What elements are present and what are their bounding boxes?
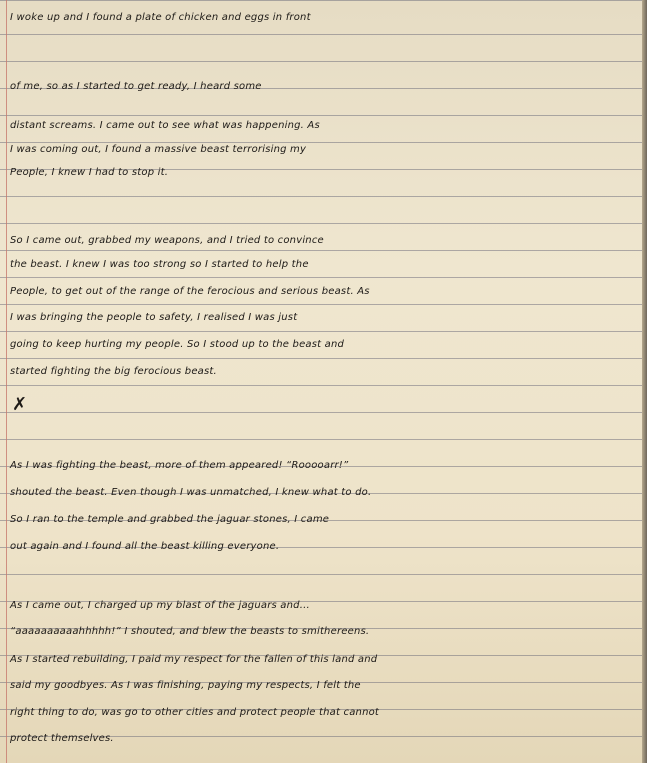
text-line: the beast. I knew I was too strong so I … (10, 253, 639, 277)
text-line: As I started rebuilding, I paid my respe… (10, 648, 639, 672)
text-line: of me, so as I started to get ready, I h… (10, 75, 639, 99)
text-line: I woke up and I found a plate of chicken… (10, 6, 639, 30)
text-line: So I ran to the temple and grabbed the j… (10, 508, 639, 532)
text-line: People, I knew I had to stop it. (10, 161, 639, 185)
page-edge (642, 0, 647, 763)
margin-line (6, 0, 7, 763)
text-line: distant screams. I came out to see what … (10, 114, 639, 138)
text-line: I was coming out, I found a massive beas… (10, 138, 639, 162)
tick-mark: ✗ (12, 394, 27, 415)
text-line: said my goodbyes. As I was finishing, pa… (10, 674, 639, 698)
text-line: started fighting the big ferocious beast… (10, 360, 639, 384)
text-line: out again and I found all the beast kill… (10, 535, 639, 559)
text-line: right thing to do, was go to other citie… (10, 701, 639, 725)
text-line: As I was fighting the beast, more of the… (10, 454, 639, 478)
text-line: “aaaaaaaaaahhhhh!” I shouted, and blew t… (10, 620, 639, 644)
text-line: I was bringing the people to safety, I r… (10, 306, 639, 330)
text-line: shouted the beast. Even though I was unm… (10, 481, 639, 505)
text-line: protect themselves. (10, 727, 639, 751)
text-line: So I came out, grabbed my weapons, and I… (10, 229, 639, 253)
text-line: going to keep hurting my people. So I st… (10, 333, 639, 357)
text-line: As I came out, I charged up my blast of … (10, 594, 639, 618)
text-line: People, to get out of the range of the f… (10, 280, 639, 304)
